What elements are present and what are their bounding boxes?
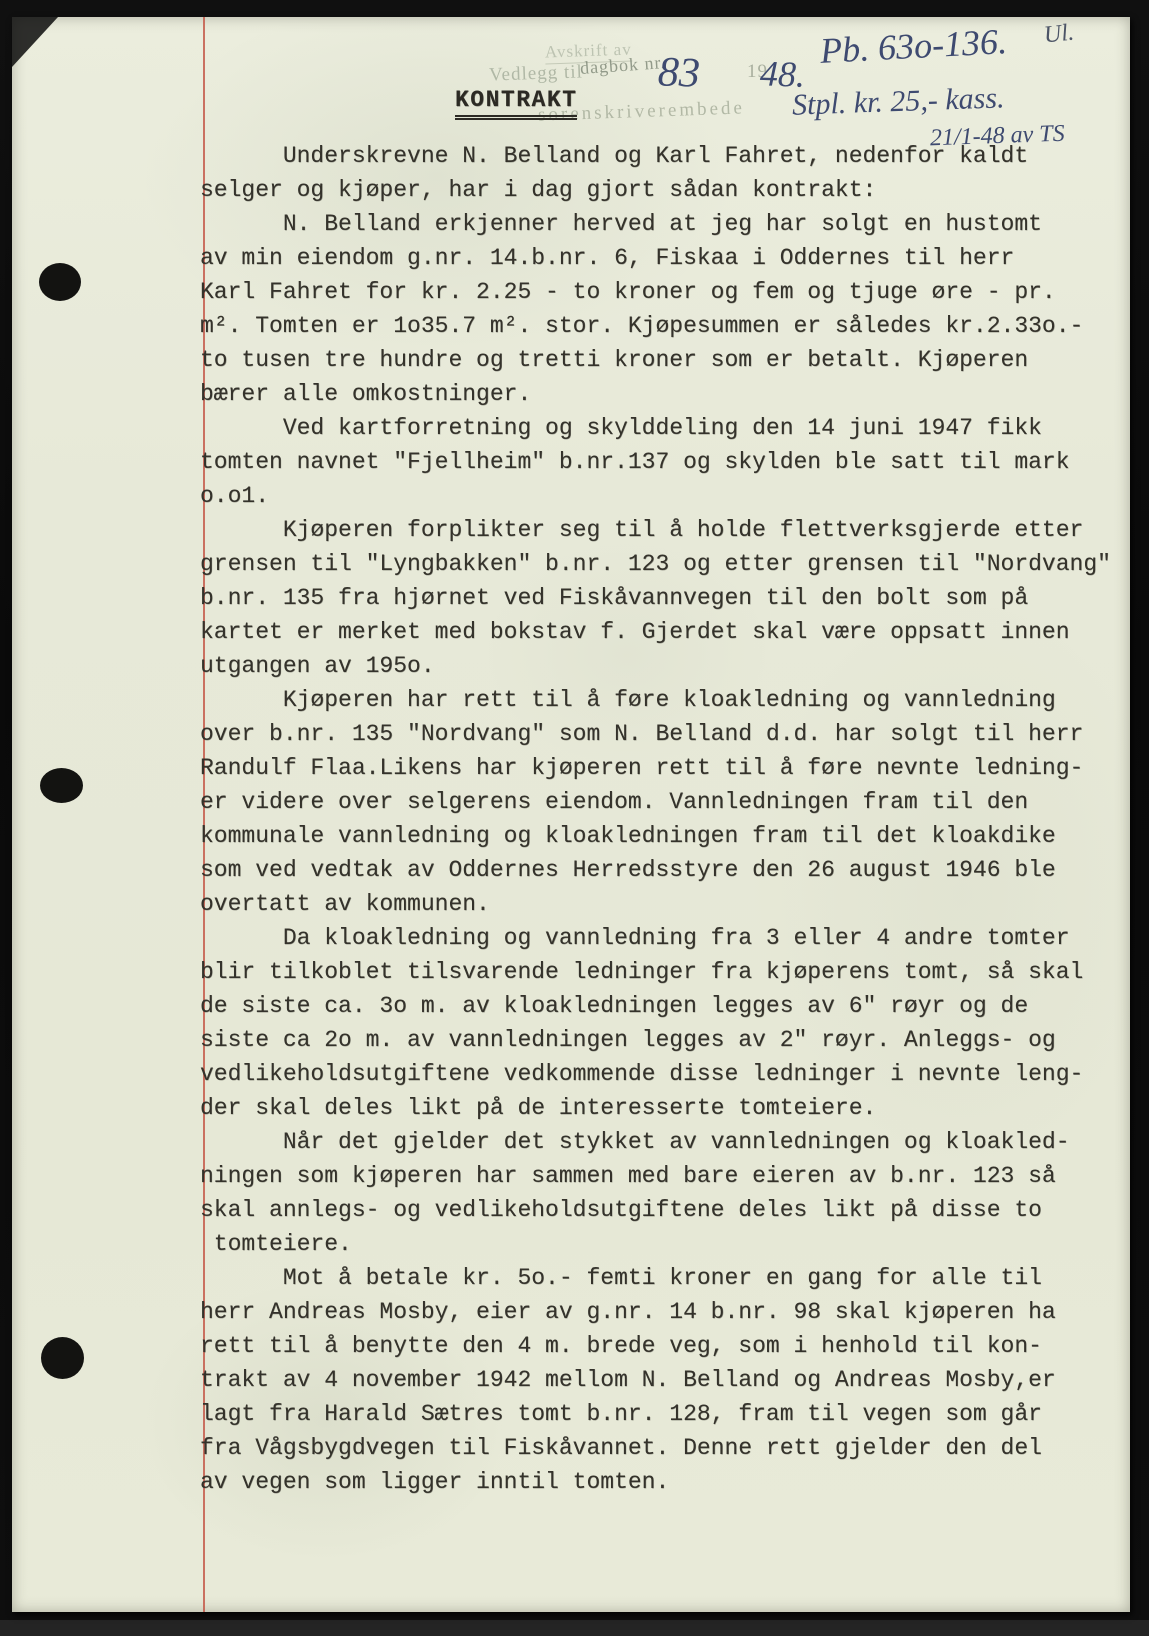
handwritten-corner-initials: Ul. [1043,20,1076,50]
stamp-vedlegg-til: Vedlegg til [489,61,584,86]
scan-background: Avskrift av Vedlegg til dagbok nr. 19 so… [0,0,1149,1636]
handwritten-register-reference: Pb. 63o-136. [819,20,1008,72]
document-page: Avskrift av Vedlegg til dagbok nr. 19 so… [12,17,1130,1612]
hole-punch-bottom [41,1337,84,1379]
scan-bottom-band [0,1620,1149,1636]
hole-punch-top [39,263,81,301]
handwritten-journal-number: 83 [657,48,701,97]
page-corner-shadow [12,17,58,67]
handwritten-stamp-fee: Stpl. kr. 25,- kass. [791,81,1005,122]
document-title: KONTRAKT [455,87,577,120]
contract-body-text: Underskrevne N. Belland og Karl Fahret, … [200,139,1130,1499]
stamp-dagbok-label: dagbok nr. [579,52,666,79]
hole-punch-middle [40,768,83,803]
